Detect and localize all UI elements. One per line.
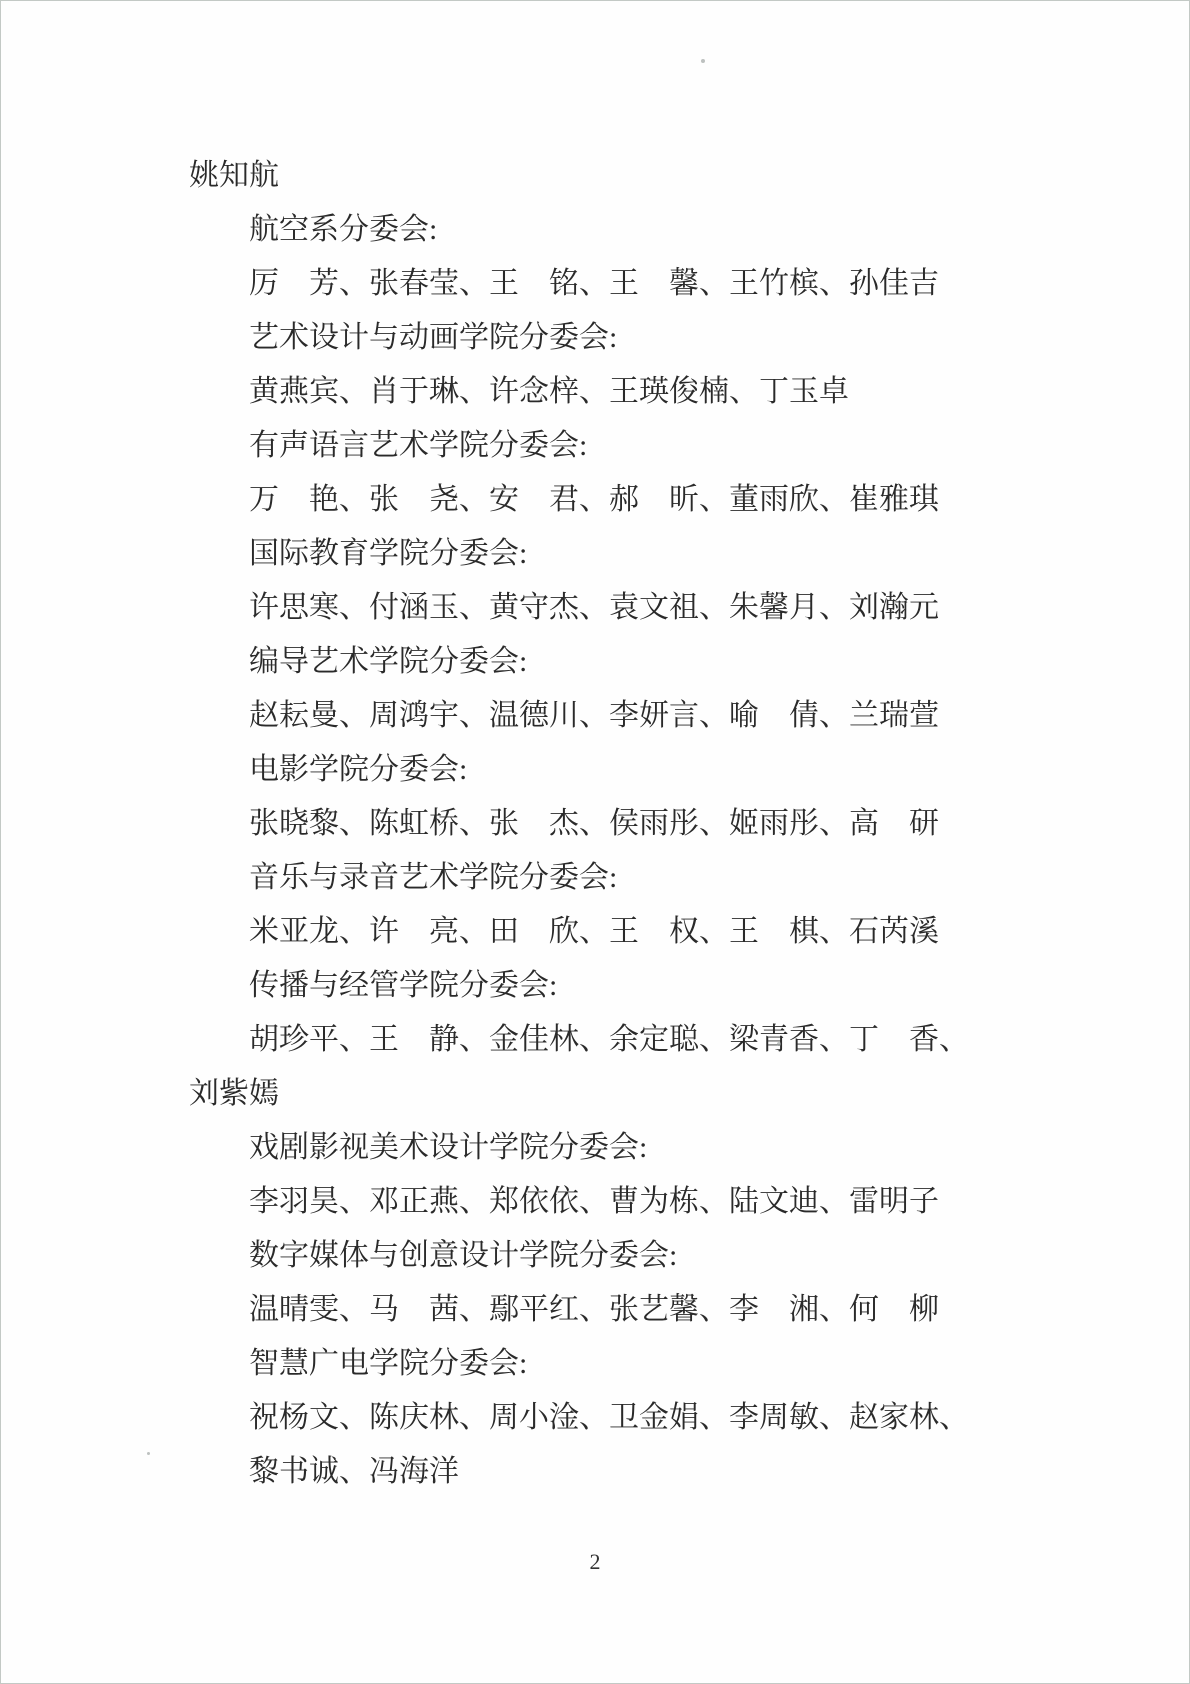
member-names-line: 黄燕宾、肖于琳、许念梓、王瑛俊楠、丁玉卓 — [189, 365, 1009, 419]
scan-speck — [701, 59, 705, 63]
member-names-line: 万 艳、张 尧、安 君、郝 昕、董雨欣、崔雅琪 — [189, 473, 1009, 527]
committee-header: 传播与经管学院分委会: — [189, 959, 1009, 1013]
committee-header: 智慧广电学院分委会: — [189, 1337, 1009, 1391]
member-names-line: 温晴雯、马 茜、鄢平红、张艺馨、李 湘、何 柳 — [189, 1283, 1009, 1337]
document-body: 姚知航航空系分委会:厉 芳、张春莹、王 铭、王 馨、王竹槟、孙佳吉艺术设计与动画… — [189, 149, 1009, 1499]
member-names-line: 张晓黎、陈虹桥、张 杰、侯雨彤、姬雨彤、高 研 — [189, 797, 1009, 851]
member-names-line: 黎书诚、冯海洋 — [189, 1445, 1009, 1499]
committee-header: 艺术设计与动画学院分委会: — [189, 311, 1009, 365]
member-names-line: 厉 芳、张春莹、王 铭、王 馨、王竹槟、孙佳吉 — [189, 257, 1009, 311]
committee-header: 国际教育学院分委会: — [189, 527, 1009, 581]
member-names-line: 胡珍平、王 静、金佳林、余定聪、梁青香、丁 香、 — [189, 1013, 1009, 1067]
continuation-name-line: 刘紫嫣 — [189, 1067, 1009, 1121]
scan-speck — [147, 1452, 150, 1455]
committee-header: 数字媒体与创意设计学院分委会: — [189, 1229, 1009, 1283]
scan-speck — [777, 1042, 781, 1046]
page-number: 2 — [1, 1549, 1189, 1575]
member-names-line: 赵耘曼、周鸿宇、温德川、李妍言、喻 倩、兰瑞萱 — [189, 689, 1009, 743]
committee-header: 编导艺术学院分委会: — [189, 635, 1009, 689]
continuation-name-line: 姚知航 — [189, 149, 1009, 203]
committee-header: 戏剧影视美术设计学院分委会: — [189, 1121, 1009, 1175]
member-names-line: 许思寒、付涵玉、黄守杰、袁文祖、朱馨月、刘瀚元 — [189, 581, 1009, 635]
committee-header: 音乐与录音艺术学院分委会: — [189, 851, 1009, 905]
scanned-document-page: 姚知航航空系分委会:厉 芳、张春莹、王 铭、王 馨、王竹槟、孙佳吉艺术设计与动画… — [0, 0, 1190, 1684]
member-names-line: 祝杨文、陈庆林、周小淦、卫金娟、李周敏、赵家林、 — [189, 1391, 1009, 1445]
committee-header: 电影学院分委会: — [189, 743, 1009, 797]
committee-header: 航空系分委会: — [189, 203, 1009, 257]
member-names-line: 米亚龙、许 亮、田 欣、王 权、王 棋、石芮溪 — [189, 905, 1009, 959]
member-names-line: 李羽昊、邓正燕、郑依依、曹为栋、陆文迪、雷明子 — [189, 1175, 1009, 1229]
committee-header: 有声语言艺术学院分委会: — [189, 419, 1009, 473]
